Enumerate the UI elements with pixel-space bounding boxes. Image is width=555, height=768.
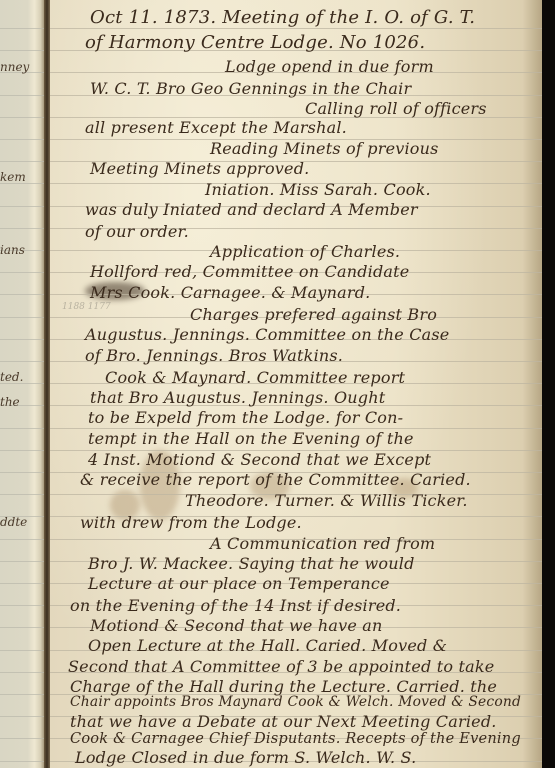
ruling-line (0, 583, 46, 584)
handwritten-line: Lodge opend in due form (225, 57, 434, 76)
handwritten-line: Lodge Closed in due form S. Welch. W. S. (75, 748, 416, 767)
ruling-line (0, 738, 46, 739)
ruling-line (0, 117, 46, 118)
handwritten-line: Hollford red, Committee on Candidate (90, 262, 409, 281)
handwritten-line: Application of Charles. (210, 242, 400, 261)
handwritten-line: Chair appoints Bros Maynard Cook & Welch… (70, 694, 521, 710)
ruling-line (0, 450, 46, 451)
handwritten-line: all present Except the Marshal. (85, 118, 347, 137)
handwritten-line: Iniation. Miss Sarah. Cook. (205, 180, 431, 199)
handwritten-line: of our order. (85, 222, 189, 241)
handwritten-line: with drew from the Lodge. (80, 513, 302, 532)
pencil-annotation: 1188 1177 (62, 302, 111, 312)
left-page-text-fragment: the (0, 395, 20, 409)
handwritten-line: Second that A Committee of 3 be appointe… (68, 657, 494, 676)
handwritten-line: Cook & Carnagee Chief Disputants. Recept… (70, 730, 521, 747)
handwritten-line: on the Evening of the 14 Inst if desired… (70, 596, 401, 615)
handwritten-line: Oct 11. 1873. Meeting of the I. O. of G.… (90, 7, 475, 28)
left-page-text-fragment: nney (0, 60, 29, 74)
ruling-line (0, 272, 46, 273)
ruling-line (0, 761, 46, 762)
ruling-line (0, 428, 46, 429)
handwritten-line: Motiond & Second that we have an (90, 616, 383, 635)
handwritten-line: 4 Inst. Motiond & Second that we Except (88, 450, 431, 469)
handwritten-line: that Bro Augustus. Jennings. Ought (90, 388, 385, 407)
ruling-line (0, 317, 46, 318)
left-page-text-fragment: ians (0, 243, 25, 257)
ruling-line (0, 716, 46, 717)
ruling-line (0, 650, 46, 651)
ruling-line (0, 694, 46, 695)
ruling-line (0, 50, 46, 51)
ruling-line (0, 605, 46, 606)
handwritten-line: that we have a Debate at our Next Meetin… (70, 712, 497, 731)
handwritten-line: & receive the report of the Committee. C… (80, 470, 471, 489)
left-page-text-fragment: ddte (0, 515, 27, 529)
handwritten-line: W. C. T. Bro Geo Gennings in the Chair (90, 79, 411, 98)
handwritten-line: A Communication red from (210, 534, 435, 553)
handwritten-line: Charges prefered against Bro (190, 305, 437, 324)
ruling-line (0, 472, 46, 473)
ruling-line (0, 561, 46, 562)
handwritten-line: Augustus. Jennings. Committee on the Cas… (85, 325, 449, 344)
ruling-line (0, 627, 46, 628)
handwritten-line: Lecture at our place on Temperance (88, 574, 390, 593)
handwritten-line: tempt in the Hall on the Evening of the (88, 429, 414, 448)
ruling-line (0, 28, 46, 29)
ruling-line (0, 228, 46, 229)
ruling-line (50, 28, 542, 29)
left-page-text-fragment: ted. (0, 370, 23, 384)
dark-background-edge (542, 0, 555, 768)
ruling-line (0, 539, 46, 540)
handwritten-line: Cook & Maynard. Committee report (105, 368, 405, 387)
handwritten-line: of Bro. Jennings. Bros Watkins. (85, 346, 343, 365)
handwritten-line: was duly Iniated and declard A Member (85, 200, 418, 219)
ruling-line (0, 339, 46, 340)
handwritten-line: Bro J. W. Mackee. Saying that he would (88, 554, 415, 573)
ruling-line (0, 494, 46, 495)
ledger-page: 1188 1177 Oct 11. 1873. Meeting of the I… (50, 0, 542, 768)
ruling-line (0, 95, 46, 96)
handwritten-line: Open Lecture at the Hall. Caried. Moved … (88, 636, 447, 655)
left-page-text-fragment: kem (0, 170, 26, 184)
ruling-line (0, 139, 46, 140)
ruling-line (0, 206, 46, 207)
handwritten-line: Theodore. Turner. & Willis Ticker. (185, 491, 468, 510)
handwritten-line: of Harmony Centre Lodge. No 1026. (85, 32, 425, 53)
ruling-line (0, 161, 46, 162)
ruling-line (0, 672, 46, 673)
handwritten-line: to be Expeld from the Lodge. for Con- (88, 408, 403, 427)
handwritten-line: Reading Minets of previous (210, 139, 439, 158)
ruling-line (0, 294, 46, 295)
handwritten-line: Meeting Minets approved. (90, 159, 309, 178)
handwritten-line: Mrs Cook. Carnagee. & Maynard. (90, 283, 370, 302)
adjacent-left-page: nneykemiansted.theddte (0, 0, 46, 768)
ruling-line (0, 361, 46, 362)
handwritten-line: Calling roll of officers (305, 99, 487, 118)
